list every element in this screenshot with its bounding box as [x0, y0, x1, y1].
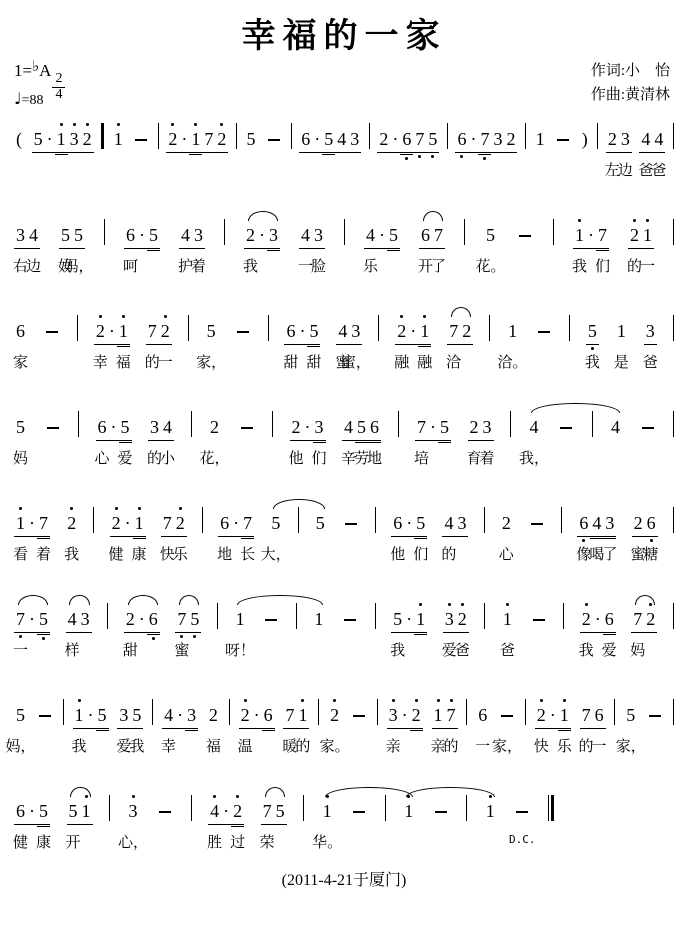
- note-token: 1: [55, 129, 68, 149]
- double-underline: [37, 634, 50, 635]
- lyric-syllable: 边: [26, 255, 41, 276]
- double-underline: [322, 154, 335, 155]
- double-underline: [478, 154, 491, 155]
- note-token: 4: [162, 705, 175, 725]
- note-token: 5: [14, 417, 27, 437]
- dash-line: [516, 811, 528, 813]
- rhythm-dot: ·: [586, 225, 596, 245]
- note-token: 7: [146, 321, 159, 341]
- octave-dot-high: [461, 603, 464, 606]
- barline: [268, 315, 269, 341]
- music-line: 6·55134·275111健康开心，胜过荣华。D.C.: [0, 793, 688, 853]
- rhythm-dot: ·: [377, 225, 387, 245]
- octave-dot-high: [633, 219, 636, 222]
- beam-group: [530, 619, 548, 633]
- note-token: 2: [81, 129, 94, 149]
- octave-dot-high: [326, 795, 329, 798]
- note-token: 1: [641, 225, 654, 245]
- beam-group: 72: [447, 321, 473, 345]
- beam-group: 5·1: [391, 609, 427, 633]
- beam-group: 6·7: [218, 513, 254, 537]
- lyric-syllable: 看: [13, 543, 28, 564]
- note-token: 6: [262, 705, 275, 725]
- slur-arc: [635, 595, 655, 605]
- beam-group: 43: [442, 513, 468, 537]
- note-token: 5: [37, 609, 50, 629]
- octave-dot-high: [236, 795, 239, 798]
- dash-note: [639, 427, 657, 437]
- dash-note: [535, 331, 553, 341]
- slur-arc: [128, 595, 158, 605]
- lyric-syllable: 们: [595, 255, 610, 276]
- barline: [377, 699, 378, 725]
- beam-group: 2: [207, 705, 220, 729]
- note-token: 1: [80, 801, 93, 821]
- notes-row: 7·5432·675115·13212·672: [14, 601, 674, 633]
- dash-note: [262, 619, 280, 629]
- double-underline: [147, 634, 160, 635]
- note-token: 4: [27, 225, 40, 245]
- octave-dot-high: [506, 603, 509, 606]
- note-token: 5: [414, 513, 427, 533]
- note-token: 2: [208, 417, 221, 437]
- lyric-syllable: 洽。: [498, 351, 528, 372]
- beam-group: 72: [161, 513, 187, 537]
- music-line: (5·13212·17256·5432·6756·7321)2344左边爸爸: [0, 121, 688, 181]
- barline: [673, 219, 674, 245]
- time-denominator: 4: [52, 87, 65, 103]
- beam-group: 4·5: [364, 225, 400, 249]
- note-token: 6: [218, 513, 231, 533]
- note-token: 6: [368, 417, 381, 437]
- dash-line: [46, 331, 58, 333]
- lyric-syllable: 我: [572, 255, 587, 276]
- dash-note: [557, 427, 575, 437]
- beam-group: 75: [175, 609, 201, 633]
- notes-row: 6·55134·275111: [14, 793, 554, 825]
- dash-note: [156, 811, 174, 821]
- beam-group: 2: [208, 417, 221, 441]
- note-token: 2: [410, 705, 423, 725]
- octave-dot-high: [407, 795, 410, 798]
- beam-group: 5: [269, 513, 282, 537]
- barline: [484, 507, 485, 533]
- beam-group: [341, 619, 359, 633]
- barline: [152, 699, 153, 725]
- dash-note: [513, 811, 531, 821]
- beam-group: 43: [179, 225, 205, 249]
- lyric-syllable: 乐: [557, 735, 572, 756]
- rhythm-dot: ·: [390, 129, 400, 149]
- note-token: 5: [130, 705, 143, 725]
- beam-group: [498, 715, 516, 729]
- note-token: 5: [387, 225, 400, 245]
- rhythm-dot: ·: [137, 225, 147, 245]
- note-token: 1: [615, 321, 628, 341]
- lyrics-row: 妈，我爱我幸福温暖的家。亲亲的一家，快乐的一家，: [14, 733, 674, 757]
- barline: [466, 699, 467, 725]
- double-underline: [37, 826, 50, 827]
- note-token: 6: [284, 321, 297, 341]
- beam-group: 2: [65, 513, 78, 537]
- note-token: 5: [32, 129, 45, 149]
- note-token: 4: [364, 225, 377, 245]
- composer-credit: 作曲:黄清林: [591, 83, 670, 107]
- dash-line: [531, 523, 543, 525]
- beam-group: [238, 427, 256, 441]
- music-line: 34556·5432·3434·56751·721右边妈妈，呵护着我一脸乐开了花…: [0, 217, 688, 277]
- lyric-syllable: 幸: [93, 351, 108, 372]
- beam-group: [156, 811, 174, 825]
- slur-arc: [406, 787, 495, 797]
- note-token: 6: [391, 513, 404, 533]
- beam-group: 2·675: [377, 129, 439, 153]
- lyric-syllable: 培: [414, 447, 429, 468]
- barline: [563, 603, 564, 629]
- note-token: 6: [645, 513, 658, 533]
- dash-line: [265, 619, 277, 621]
- lyrics-row: 看着我健康快乐地长大，他们的心像喝了蜜糖: [14, 541, 674, 565]
- octave-dot-high: [244, 699, 247, 702]
- octave-dot-high: [400, 315, 403, 318]
- note-token: 5: [188, 609, 201, 629]
- lyric-syllable: 一: [475, 735, 490, 756]
- note-token: 3: [192, 225, 205, 245]
- beam-group: 4: [609, 417, 622, 441]
- double-underline: [387, 250, 400, 251]
- lyricist-credit: 作词:小 怡: [591, 59, 670, 83]
- slur-arc: [423, 211, 443, 221]
- barline: [344, 219, 345, 245]
- note-token: 7: [447, 321, 460, 341]
- octave-dot-high: [78, 699, 81, 702]
- beam-group: 23: [606, 129, 632, 153]
- beam-group: [432, 811, 450, 825]
- beam-group: 6·543: [299, 129, 361, 153]
- barline: [673, 603, 674, 629]
- lyric-syllable: 荣: [260, 831, 275, 852]
- dash-line: [501, 715, 513, 717]
- barline: [188, 315, 189, 341]
- rhythm-dot: ·: [252, 705, 262, 725]
- lyric-syllable: 甜: [283, 351, 298, 372]
- dash-note: [646, 715, 664, 725]
- beam-group: 5: [14, 417, 27, 441]
- lyric-syllable: 一: [158, 351, 173, 372]
- dash-note: [554, 139, 572, 149]
- note-token: 1: [558, 705, 571, 725]
- beam-group: 2·172: [166, 129, 228, 153]
- slur-arc: [69, 595, 89, 605]
- dash-line: [560, 427, 572, 429]
- lyric-syllable: 康: [132, 543, 147, 564]
- note-token: 7: [445, 705, 458, 725]
- note-token: 7: [596, 225, 609, 245]
- barline: [489, 315, 490, 341]
- lyric-syllable: 了: [602, 543, 617, 564]
- note-token: 4: [590, 513, 603, 533]
- lyric-syllable: 了: [431, 255, 446, 276]
- score-header: 1=♭A24 ♩=88 作词:小 怡 作曲:黄清林: [14, 59, 674, 115]
- note-token: 2: [504, 129, 517, 149]
- double-underline: [410, 730, 423, 731]
- note-token: 6: [419, 225, 432, 245]
- lyric-syllable: 心: [94, 447, 109, 468]
- lyric-syllable: 蜜: [174, 639, 189, 660]
- note-token: 4: [609, 417, 622, 437]
- note-token: 3: [348, 129, 361, 149]
- lyrics-row: 右边妈妈，呵护着我一脸乐开了花。我们的一: [14, 253, 674, 277]
- octave-dot-high: [646, 219, 649, 222]
- lyric-syllable: 健: [109, 543, 124, 564]
- beam-group: 2·1: [395, 321, 431, 345]
- note-token: 7: [283, 705, 296, 725]
- beam-group: 2·6: [124, 609, 160, 633]
- dash-note: [238, 427, 256, 437]
- beam-group: 6·5: [124, 225, 160, 249]
- octave-dot-high: [70, 507, 73, 510]
- octave-dot-high: [301, 699, 304, 702]
- note-token: 5: [72, 225, 85, 245]
- lyric-syllable: 爸: [651, 159, 666, 180]
- beam-group: [132, 139, 150, 153]
- barline: [318, 699, 319, 725]
- beam-group: 7·5: [415, 417, 451, 441]
- rhythm-dot: ·: [312, 129, 322, 149]
- dash-note: [44, 427, 62, 437]
- rhythm-dot: ·: [45, 129, 55, 149]
- lyric-syllable: 呀！: [225, 639, 255, 660]
- double-underline: [414, 634, 427, 635]
- beam-group: 4·2: [208, 801, 244, 825]
- barline: [158, 123, 159, 149]
- lyric-syllable: 花，: [199, 447, 229, 468]
- octave-dot-high: [60, 123, 63, 126]
- barline: [191, 795, 192, 821]
- lyric-syllable: 一: [640, 255, 655, 276]
- note-token: 2: [110, 513, 123, 533]
- slur-arc: [265, 787, 285, 797]
- note-token: 1: [506, 321, 519, 341]
- beam-group: 643: [577, 513, 616, 537]
- note-token: 2: [395, 321, 408, 341]
- barline: [191, 411, 192, 437]
- double-underline: [414, 538, 427, 539]
- note-token: 7: [161, 513, 174, 533]
- beam-group: 6·5: [14, 801, 50, 825]
- rhythm-dot: ·: [27, 801, 37, 821]
- octave-dot-high: [86, 123, 89, 126]
- beam-group: 5: [314, 513, 327, 537]
- barline: [109, 795, 110, 821]
- slur-arc: [273, 499, 325, 509]
- lyric-syllable: 福: [116, 351, 131, 372]
- beam-group: 6: [14, 321, 27, 345]
- lyric-syllable: 爸: [500, 639, 515, 660]
- beam-group: 55: [59, 225, 85, 249]
- double-underline: [241, 538, 254, 539]
- rhythm-dot: ·: [297, 321, 307, 341]
- dash-line: [519, 235, 531, 237]
- beam-group: 6·5: [284, 321, 320, 345]
- note-token: 1: [418, 321, 431, 341]
- lyric-syllable: 亲: [386, 735, 401, 756]
- beam-group: [44, 427, 62, 441]
- beam-group: [265, 139, 283, 153]
- double-underline: [119, 442, 132, 443]
- rhythm-dot: ·: [137, 609, 147, 629]
- barline: [673, 699, 674, 725]
- lyric-syllable: 我: [72, 735, 87, 756]
- lyric-syllable: 着: [191, 255, 206, 276]
- tempo-value: =88: [22, 93, 44, 108]
- time-numerator: 2: [52, 72, 65, 87]
- rhythm-dot: ·: [400, 705, 410, 725]
- lyric-syllable: 福: [206, 735, 221, 756]
- octave-dot-high: [99, 315, 102, 318]
- date-location-note: (2011-4-21于厦门): [0, 867, 688, 890]
- lyric-syllable: 一: [592, 735, 607, 756]
- beam-group: 1: [484, 801, 497, 825]
- dash-note: [342, 523, 360, 533]
- lyric-syllable: 家，: [616, 735, 646, 756]
- note-token: 5: [484, 225, 497, 245]
- beam-group: 75: [261, 801, 287, 825]
- lyric-syllable: 融: [394, 351, 409, 372]
- barline: [592, 411, 593, 437]
- quarter-note-icon: ♩: [14, 89, 22, 108]
- barline: [101, 123, 104, 149]
- slur-arc: [531, 403, 620, 413]
- lyric-syllable: 爸: [643, 351, 658, 372]
- final-barline: [548, 795, 554, 821]
- lyrics-row: 妈心爱的小花，他们辛劳地培育着我，: [14, 445, 674, 469]
- double-underline: [147, 250, 160, 251]
- barline: [484, 603, 485, 629]
- note-token: 3: [312, 225, 325, 245]
- barline: [525, 699, 526, 725]
- note-token: 1: [112, 129, 125, 149]
- dash-line: [538, 331, 550, 333]
- lyric-syllable: 爱: [117, 447, 132, 468]
- lyric-syllable: 我: [129, 735, 144, 756]
- beam-group: ): [580, 129, 590, 153]
- note-token: 4: [299, 225, 312, 245]
- dash-line: [353, 811, 365, 813]
- lyric-syllable: 地: [217, 543, 232, 564]
- dash-note: [516, 235, 534, 245]
- note-token: 2: [239, 705, 252, 725]
- beam-group: 44: [639, 129, 665, 153]
- note-token: 3: [491, 129, 504, 149]
- dash-note: [234, 331, 252, 341]
- beam-group: 2·6: [580, 609, 616, 633]
- lyric-syllable: 温: [238, 735, 253, 756]
- note-token: 5: [37, 801, 50, 821]
- lyric-syllable: 是: [614, 351, 629, 372]
- beam-group: [234, 331, 252, 345]
- double-underline: [313, 442, 326, 443]
- barline: [272, 411, 273, 437]
- barline: [569, 315, 570, 341]
- beam-group: [516, 235, 534, 249]
- lyric-syllable: 的: [441, 543, 456, 564]
- note-token: 7: [14, 609, 27, 629]
- dash-line: [435, 811, 447, 813]
- barline: [673, 507, 674, 533]
- beam-group: 3·2: [387, 705, 423, 729]
- double-underline: [96, 730, 109, 731]
- lyric-syllable: 我，: [519, 447, 549, 468]
- lyric-syllable: 脸: [311, 255, 326, 276]
- lyric-syllable: 开: [66, 831, 81, 852]
- lyric-syllable: 健: [13, 831, 28, 852]
- note-token: 1: [402, 801, 415, 821]
- note-token: 4: [528, 417, 541, 437]
- lyric-syllable: 他: [288, 447, 303, 468]
- barline: [597, 123, 598, 149]
- double-underline: [189, 154, 202, 155]
- tempo-marking: ♩=88: [14, 89, 43, 109]
- beam-group: 26: [632, 513, 658, 537]
- beam-group: 32: [443, 609, 469, 633]
- barline: [447, 123, 448, 149]
- note-token: 6: [400, 129, 413, 149]
- notes-row: 34556·5432·3434·56751·721: [14, 217, 674, 249]
- dash-note: [528, 523, 546, 533]
- note-token: 1: [321, 801, 334, 821]
- octave-dot-high: [85, 795, 88, 798]
- beam-group: 1: [312, 609, 325, 633]
- beam-group: 5: [205, 321, 218, 345]
- rhythm-dot: ·: [548, 705, 558, 725]
- beam-group: [535, 331, 553, 345]
- beam-group: 34: [148, 417, 174, 441]
- score-body: (5·13212·17256·5432·6756·7321)2344左边爸爸34…: [0, 121, 688, 853]
- double-underline: [185, 730, 198, 731]
- note-token: 2: [377, 129, 390, 149]
- lyric-syllable: 妈: [13, 447, 28, 468]
- notes-row: 56·53422·34567·52344: [14, 409, 674, 441]
- barline: [510, 411, 511, 437]
- lyric-syllable: 甜: [123, 639, 138, 660]
- dash-line: [39, 715, 51, 717]
- lyric-syllable: 心: [499, 543, 514, 564]
- beam-group: 2: [500, 513, 513, 537]
- note-token: 4: [208, 801, 221, 821]
- beam-group: [639, 427, 657, 441]
- octave-dot-high: [540, 699, 543, 702]
- barline: [673, 315, 674, 341]
- note-token: 4: [336, 321, 349, 341]
- lyric-syllable: 我: [579, 639, 594, 660]
- time-signature: 24: [52, 72, 65, 102]
- beam-group: 21: [628, 225, 654, 249]
- beam-group: 2·1: [110, 513, 146, 537]
- octave-dot-high: [450, 699, 453, 702]
- barline: [298, 507, 299, 533]
- lyric-syllable: 的: [443, 735, 458, 756]
- lyric-syllable: 着: [479, 447, 494, 468]
- notes-row: 62·17256·5432·1721513: [14, 313, 674, 345]
- lyric-syllable: 家，: [492, 735, 522, 756]
- barline: [525, 123, 526, 149]
- note-token: 2: [231, 801, 244, 821]
- lyric-syllable: 着: [36, 543, 51, 564]
- note-token: 5: [438, 417, 451, 437]
- note-token: 5: [245, 129, 258, 149]
- note-token: 7: [261, 801, 274, 821]
